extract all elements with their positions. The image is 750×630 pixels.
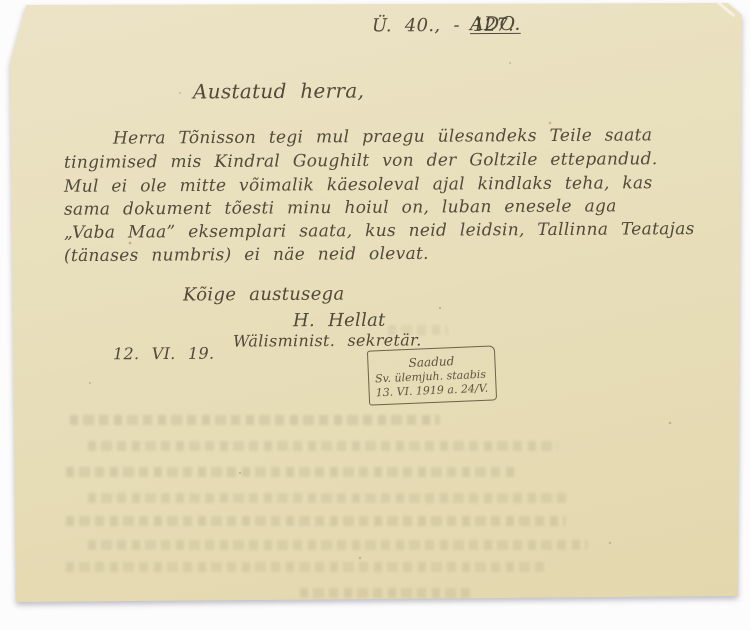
- bleed-through-line: [88, 441, 558, 451]
- body-line: tingimised mis Kindral Goughilt von der …: [64, 149, 658, 173]
- received-stamp: Saadud Sv. ülemjuh. staabis 13. VI. 1919…: [367, 345, 497, 405]
- body-line: (tänases numbris) ei näe neid olevat.: [64, 244, 429, 266]
- scanned-letter: Ü. 40., - 127. ADO. Austatud herra, Herr…: [0, 0, 750, 630]
- bleed-through-line: [388, 325, 448, 335]
- bleed-through-line: [88, 540, 588, 550]
- bleed-through-line: [66, 467, 516, 477]
- body-line: sama dokument tõesti minu hoiul on, luba…: [64, 196, 617, 219]
- paper-fold-corner: [711, 0, 736, 17]
- bleed-through-line: [70, 415, 440, 425]
- body-line: Mul ei ole mitte võimalik käesoleval aja…: [64, 173, 653, 197]
- salutation: Austatud herra,: [193, 78, 364, 103]
- closing: Kõige austusega: [183, 284, 345, 306]
- signature: H. Hellat: [293, 310, 386, 332]
- body-line: Herra Tõnisson tegi mul praegu ülesandek…: [113, 125, 652, 148]
- bleed-through-line: [66, 562, 546, 572]
- bleed-through-line: [66, 516, 566, 526]
- paper-sheet: Ü. 40., - 127. ADO. Austatud herra, Herr…: [10, 3, 742, 602]
- bleed-through-line: [88, 493, 568, 503]
- body-line: „Vaba Maa” eksemplari saata, kus neid le…: [64, 219, 695, 243]
- paper-shadow: Ü. 40., - 127. ADO. Austatud herra, Herr…: [0, 0, 750, 630]
- letter-date: 12. VI. 19.: [113, 344, 214, 364]
- bleed-through-line: [300, 588, 470, 598]
- header-annotation: ADO.: [470, 13, 521, 35]
